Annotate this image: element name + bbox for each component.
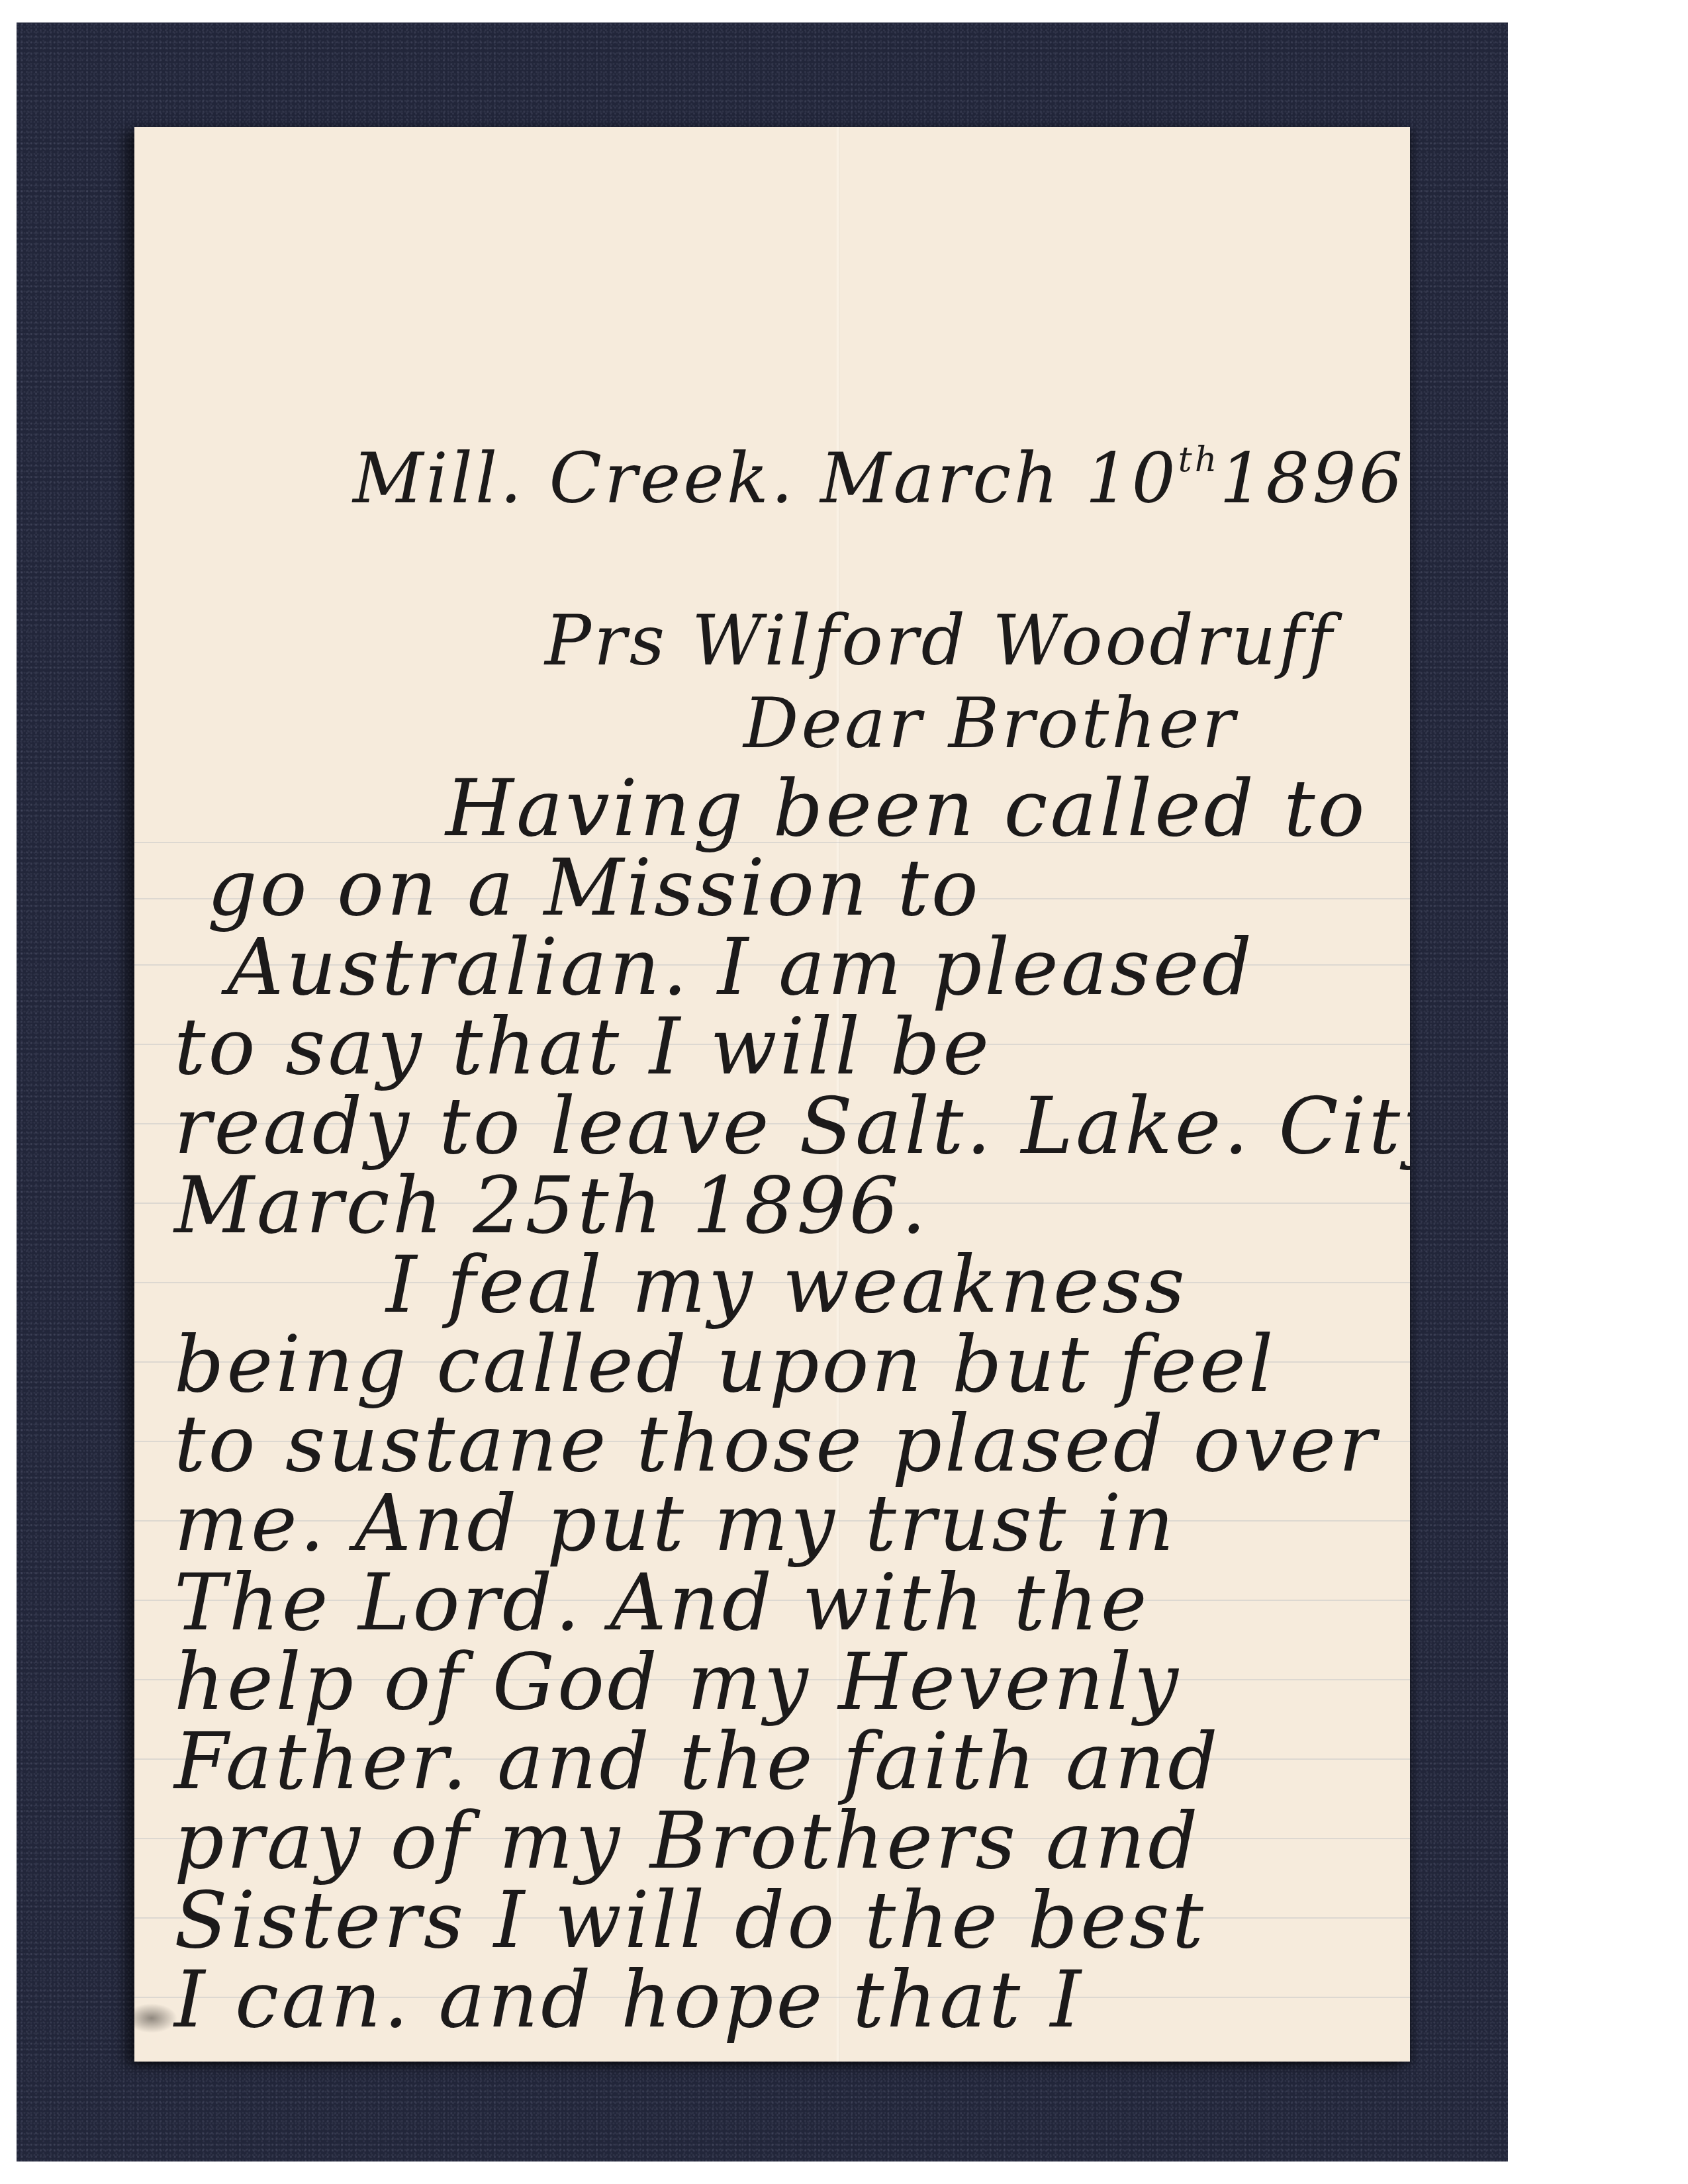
body-line: pray of my Brothers and xyxy=(174,1795,1201,1886)
dateline-month: March xyxy=(820,438,1060,519)
dateline-day: 10 xyxy=(1085,438,1178,519)
body-line: to sustane those plased over xyxy=(174,1398,1379,1489)
letter-greeting: Dear Brother xyxy=(743,683,1238,764)
body-line: being called upon but feel xyxy=(174,1318,1276,1410)
body-line: The Lord. And with the xyxy=(174,1557,1150,1648)
letter-dateline: Mill. Creek. March 10th1896 xyxy=(353,438,1405,519)
dateline-place: Mill. Creek. xyxy=(353,438,796,519)
body-line: March 25th 1896. xyxy=(174,1160,929,1251)
body-line: Father. and the faith and xyxy=(174,1715,1221,1807)
dateline-day-suffix: th xyxy=(1178,440,1219,480)
body-line: I can. and hope that I xyxy=(174,1954,1084,2045)
ink-smudge xyxy=(134,2003,177,2033)
body-line: I feal my weakness xyxy=(386,1239,1188,1330)
body-line: Australian. I am pleased xyxy=(227,921,1254,1013)
body-line: help of God my Hevenly xyxy=(174,1636,1181,1727)
letter-page: Mill. Creek. March 10th1896 Prs Wilford … xyxy=(134,127,1410,2062)
body-line: go on a Mission to xyxy=(207,842,981,933)
body-line: Sisters I will do the best xyxy=(174,1874,1206,1966)
body-line: Having been called to xyxy=(445,762,1368,854)
letter-addressee: Prs Wilford Woodruff xyxy=(545,600,1335,681)
body-line: me. And put my trust in xyxy=(174,1477,1177,1569)
dateline-year: 1896 xyxy=(1219,438,1405,519)
body-line: to say that I will be xyxy=(174,1001,992,1092)
body-line: ready to leave Salt. Lake. City xyxy=(174,1080,1410,1171)
